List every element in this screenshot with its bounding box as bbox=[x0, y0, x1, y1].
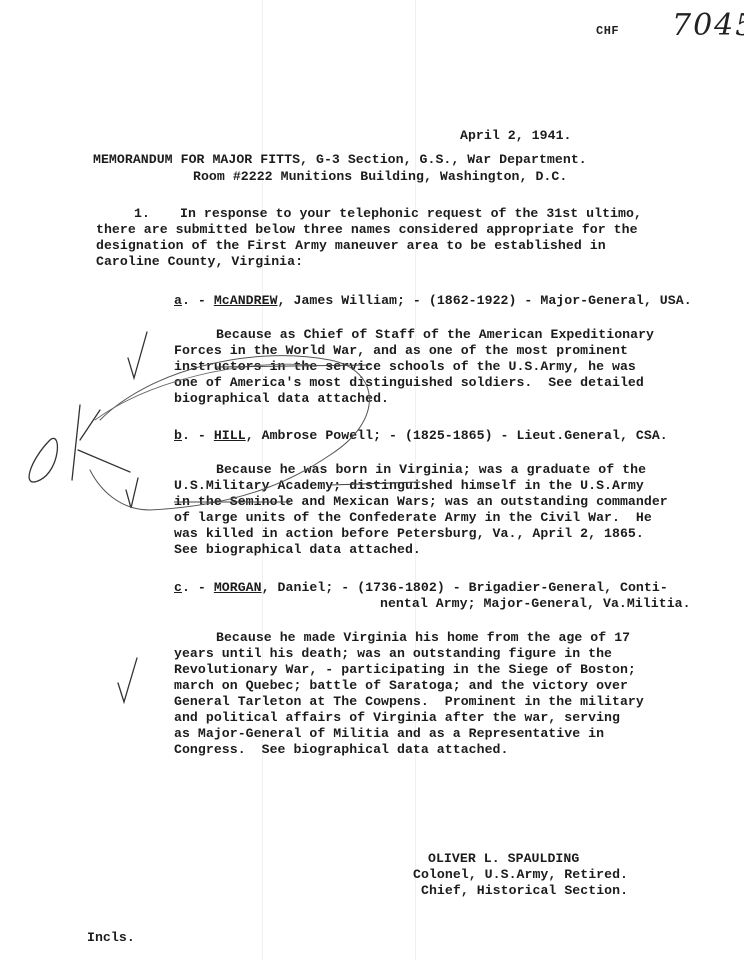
candidate-body-line: as Major-General of Militia and as a Rep… bbox=[174, 726, 604, 743]
file-stamp: CHF bbox=[596, 24, 619, 38]
candidate-letter: a bbox=[174, 293, 182, 308]
ok-letter-k-icon bbox=[72, 405, 130, 480]
candidate-heading-continuation: nental Army; Major-General, Va.Militia. bbox=[380, 596, 691, 613]
candidate-body-line: in the Seminole and Mexican Wars; was an… bbox=[174, 494, 668, 511]
signature-name: OLIVER L. SPAULDING bbox=[428, 851, 579, 868]
signature-title: Chief, Historical Section. bbox=[421, 883, 628, 900]
candidate-body-line: U.S.Military Academy; distinguished hims… bbox=[174, 478, 644, 495]
candidate-surname: MORGAN bbox=[214, 580, 262, 595]
candidate-body-line: years until his death; was an outstandin… bbox=[174, 646, 612, 663]
candidate-body-line: Congress. See biographical data attached… bbox=[174, 742, 508, 759]
candidate-heading-c: c. - MORGAN, Daniel; - (1736-1802) - Bri… bbox=[174, 580, 668, 597]
candidate-details: , Daniel; - (1736-1802) - Brigadier-Gene… bbox=[262, 580, 668, 595]
candidate-heading-a: a. - McANDREW, James William; - (1862-19… bbox=[174, 293, 692, 310]
memo-addressee: MEMORANDUM FOR MAJOR FITTS, G-3 Section,… bbox=[93, 152, 587, 169]
ok-letter-o-icon bbox=[29, 438, 57, 482]
candidate-body-line: one of America's most distinguished sold… bbox=[174, 375, 644, 392]
paragraph-line: Caroline County, Virginia: bbox=[96, 254, 303, 271]
memo-date: April 2, 1941. bbox=[460, 128, 572, 145]
candidate-details: , James William; - (1862-1922) - Major-G… bbox=[278, 293, 692, 308]
checkmark-icon bbox=[118, 658, 137, 702]
candidate-letter: b bbox=[174, 428, 182, 443]
candidate-body-line: march on Quebec; battle of Saratoga; and… bbox=[174, 678, 628, 695]
candidate-surname: HILL bbox=[214, 428, 246, 443]
candidate-body-line: was killed in action before Petersburg, … bbox=[174, 526, 644, 543]
inclosures-note: Incls. bbox=[87, 930, 135, 947]
paragraph-line: In response to your telephonic request o… bbox=[180, 206, 642, 223]
candidate-body-line: Because as Chief of Staff of the America… bbox=[216, 327, 654, 344]
memo-address: Room #2222 Munitions Building, Washingto… bbox=[193, 169, 567, 186]
candidate-body-line: biographical data attached. bbox=[174, 391, 389, 408]
candidate-details: , Ambrose Powell; - (1825-1865) - Lieut.… bbox=[246, 428, 668, 443]
candidate-body-line: and political affairs of Virginia after … bbox=[174, 710, 620, 727]
candidate-letter: c bbox=[174, 580, 182, 595]
candidate-body-line: See biographical data attached. bbox=[174, 542, 421, 559]
candidate-body-line: of large units of the Confederate Army i… bbox=[174, 510, 652, 527]
candidate-heading-b: b. - HILL, Ambrose Powell; - (1825-1865)… bbox=[174, 428, 668, 445]
signature-title: Colonel, U.S.Army, Retired. bbox=[413, 867, 628, 884]
paragraph-line: there are submitted below three names co… bbox=[96, 222, 638, 239]
paragraph-line: designation of the First Army maneuver a… bbox=[96, 238, 606, 255]
memo-page: CHF 7045 April 2, 1941. MEMORANDUM FOR M… bbox=[0, 0, 744, 960]
paragraph-number: 1. bbox=[134, 206, 150, 223]
candidate-body-line: Forces in the World War, and as one of t… bbox=[174, 343, 628, 360]
candidate-body-line: Because he was born in Virginia; was a g… bbox=[216, 462, 646, 479]
candidate-body-line: Revolutionary War, - participating in th… bbox=[174, 662, 636, 679]
checkmark-icon bbox=[128, 332, 147, 378]
candidate-body-line: General Tarleton at The Cowpens. Promine… bbox=[174, 694, 644, 711]
candidate-body-line: instructors in the service schools of th… bbox=[174, 359, 636, 376]
handwritten-file-number: 7045 bbox=[672, 8, 744, 43]
candidate-surname: McANDREW bbox=[214, 293, 278, 308]
candidate-body-line: Because he made Virginia his home from t… bbox=[216, 630, 630, 647]
checkmark-icon bbox=[126, 478, 138, 508]
